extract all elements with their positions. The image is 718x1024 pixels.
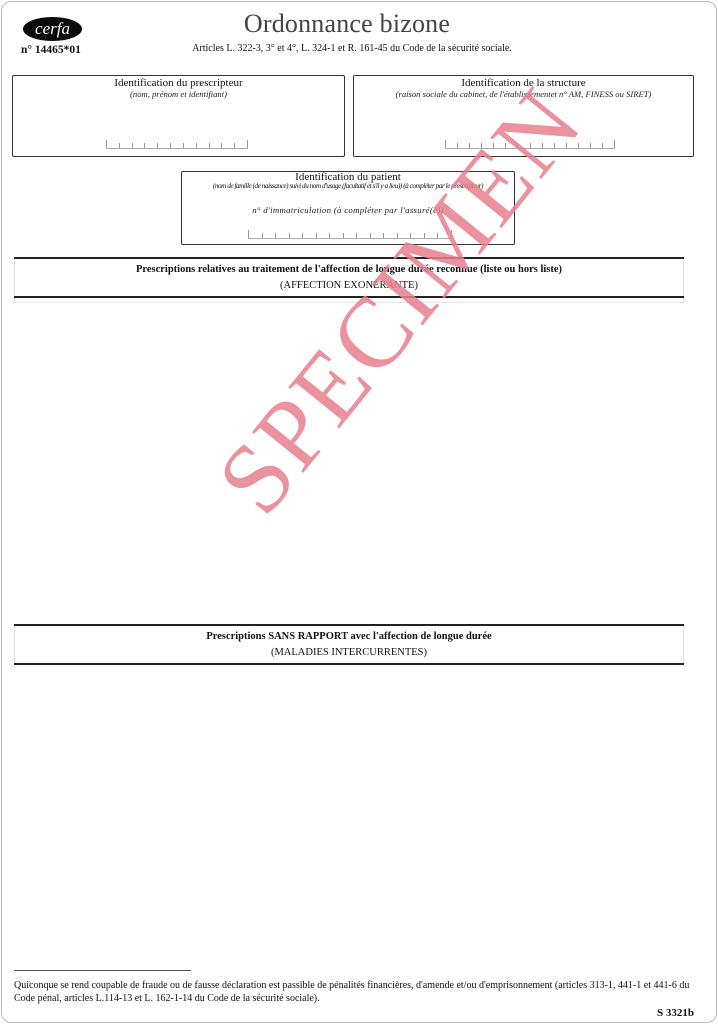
digit-tick (221, 143, 222, 148)
divider (14, 663, 684, 665)
digit-tick (289, 233, 290, 238)
digit-tick (554, 143, 555, 148)
digit-tick (275, 233, 276, 238)
patient-box[interactable]: Identification du patient (nom de famill… (181, 171, 515, 245)
digit-tick (119, 143, 120, 148)
section-ald-title: Prescriptions relatives au traitement de… (15, 259, 683, 276)
section-ald-subtitle: (AFFECTION EXONÉRANTE) (15, 276, 683, 296)
immatriculation-label: n° d'immatriculation (à compléter par l'… (182, 205, 514, 215)
form-page: cerfa n° 14465*01 Ordonnance bizone Arti… (1, 1, 717, 1023)
digit-tick (209, 143, 210, 148)
digit-tick (196, 143, 197, 148)
digit-tick (457, 143, 458, 148)
digit-tick (247, 140, 248, 148)
digit-tick (302, 233, 303, 238)
legal-references: Articles L. 322-3, 3° et 4°, L. 324-1 et… (142, 43, 562, 54)
digit-tick (356, 233, 357, 238)
digit-tick (542, 143, 543, 148)
digit-tick (481, 143, 482, 148)
digit-tick (183, 143, 184, 148)
structure-hint: (raison sociale du cabinet, de l'établis… (354, 89, 693, 99)
prescriber-hint: (nom, prénom et identifiant) (13, 89, 344, 99)
digit-tick (397, 233, 398, 238)
prescriber-label: Identification du prescripteur (13, 77, 344, 89)
fraud-warning: Quiconque se rend coupable de fraude ou … (14, 979, 704, 1005)
digit-tick (248, 230, 249, 238)
footer-divider (14, 970, 191, 971)
section-other-subtitle: (MALADIES INTERCURRENTES) (15, 643, 683, 663)
digit-tick (262, 233, 263, 238)
form-code: S 3321b (657, 1007, 694, 1019)
digit-tick (517, 143, 518, 148)
section-ald-header: Prescriptions relatives au traitement de… (14, 257, 684, 303)
digit-tick (170, 143, 171, 148)
digit-tick (234, 143, 235, 148)
digit-tick (445, 140, 446, 148)
digit-tick (329, 233, 330, 238)
section-other-header: Prescriptions SANS RAPPORT avec l'affect… (14, 624, 684, 665)
digit-tick (383, 233, 384, 238)
digit-tick (614, 140, 615, 148)
structure-box[interactable]: Identification de la structure (raison s… (353, 75, 694, 157)
structure-label: Identification de la structure (354, 77, 693, 89)
form-title: Ordonnance bizone (152, 9, 542, 39)
digit-tick (157, 143, 158, 148)
digit-tick (530, 143, 531, 148)
prescriber-id-field[interactable] (106, 140, 248, 149)
immatriculation-field[interactable] (248, 230, 452, 239)
digit-tick (566, 143, 567, 148)
digit-tick (602, 143, 603, 148)
structure-id-field[interactable] (445, 140, 615, 149)
digit-tick (590, 143, 591, 148)
cerfa-logo: cerfa (23, 17, 82, 41)
digit-tick (505, 143, 506, 148)
digit-tick (132, 143, 133, 148)
prescriber-box[interactable]: Identification du prescripteur (nom, pré… (12, 75, 345, 157)
digit-tick (343, 233, 344, 238)
digit-tick (424, 233, 425, 238)
ald-prescriptions-area[interactable] (14, 302, 684, 620)
patient-hint: (nom de famille (de naissance) suivi du … (182, 182, 514, 191)
digit-tick (469, 143, 470, 148)
patient-label: Identification du patient (182, 172, 514, 182)
section-other-title: Prescriptions SANS RAPPORT avec l'affect… (15, 626, 683, 643)
digit-tick (578, 143, 579, 148)
form-number: n° 14465*01 (21, 44, 81, 56)
digit-tick (370, 233, 371, 238)
digit-tick (451, 230, 452, 238)
digit-tick (493, 143, 494, 148)
other-prescriptions-area[interactable] (14, 667, 684, 962)
digit-tick (437, 233, 438, 238)
digit-tick (410, 233, 411, 238)
digit-tick (316, 233, 317, 238)
digit-tick (106, 140, 107, 148)
digit-tick (144, 143, 145, 148)
